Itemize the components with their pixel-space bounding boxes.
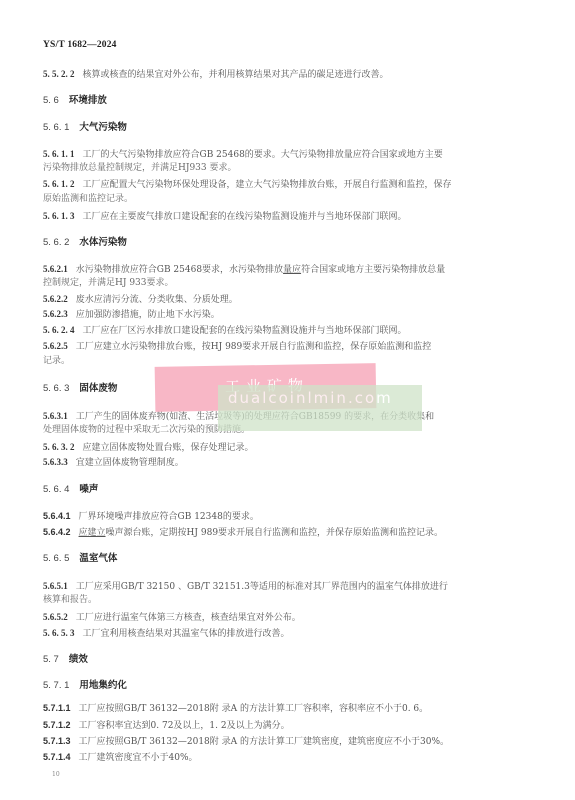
clause-5-6-1-2-cont: 原始监测和监控记录。 <box>43 193 533 205</box>
clause-5-7-1-4: 5.7.1.4工厂建筑密度宜不小于40%。 <box>43 751 533 764</box>
clause-5-6-5-1-cont: 核算和报告。 <box>43 594 533 606</box>
section-heading-5-7: 5. 7绩效 <box>43 654 533 666</box>
clause-5-6-5-3: 5. 6. 5. 3工厂宜利用核查结果对其温室气体的排放进行改善。 <box>43 627 533 640</box>
clause-5-6-1-3: 5. 6. 1. 3工厂应在主要废气排放口建设配套的在线污染物监测设施并与当地环… <box>43 210 533 223</box>
clause-5-5-2-2: 5. 5. 2. 2核算或核查的结果宜对外公布，并利用核算结果对其产品的碳足迹进… <box>43 68 533 81</box>
clause-5-7-1-3: 5.7.1.3工厂应按照GB/T 36132—2018附 录A 的方法计算工厂建… <box>43 735 533 748</box>
clause-5-6-3-2: 5. 6. 3. 2应建立固体废物处置台账，保存处理记录。 <box>43 441 533 454</box>
watermark-green-banner: dualcoinlmin.com <box>218 385 422 431</box>
clause-5-6-4-1: 5.6.4.1厂界环境噪声排放应符合GB 12348的要求。 <box>43 510 533 523</box>
clause-5-7-1-2: 5.7.1.2工厂容积率宜达到0. 72及以上，1. 2及以上为满分。 <box>43 719 533 732</box>
clause-5-7-1-1: 5.7.1.1工厂应按照GB/T 36132—2018附 录A 的方法计算工厂容… <box>43 702 533 715</box>
clause-5-6-2-4: 5. 6. 2. 4工厂应在厂区污水排放口建设配套的在线污染物监测设施并与当地环… <box>43 324 533 337</box>
watermark-green-text: dualcoinlmin.com <box>228 389 393 407</box>
clause-5-6-2-2: 5.6.2.2废水应清污分流、分类收集、分质处理。 <box>43 293 533 306</box>
clause-5-6-1-1-cont: 污染物排放总量控制规定，并满足HJ933 要求。 <box>43 162 533 174</box>
clause-5-6-5-1: 5.6.5.1工厂应采用GB/T 32150 、GB/T 32151.3等适用的… <box>43 580 533 593</box>
clause-5-6-1-2: 5. 6. 1. 2工厂应配置大气污染物环保处理设备，建立大气污染物排放台账，开… <box>43 178 533 191</box>
clause-5-6-2-1: 5.6.2.1水污染物排放应符合GB 25468要求，水污染物排放量应符合国家或… <box>43 263 533 276</box>
clause-5-6-5-2: 5.6.5.2工厂应进行温室气体第三方核查，核查结果宜对外公布。 <box>43 611 533 624</box>
page-number: 10 <box>52 771 60 778</box>
section-heading-5-6: 5. 6环境排放 <box>43 95 533 107</box>
clause-5-6-2-3: 5.6.2.3应加强防渗措施，防止地下水污染。 <box>43 308 533 321</box>
clause-5-6-1-1: 5. 6. 1. 1工厂的大气污染物排放应符合GB 25468的要求。大气污染物… <box>43 148 533 161</box>
section-heading-5-6-4: 5. 6. 4噪声 <box>43 484 533 496</box>
section-heading-5-6-1: 5. 6. 1大气污染物 <box>43 122 533 134</box>
clause-5-6-2-5: 5.6.2.5工厂应建立水污染物排放台账，按HJ 989要求开展自行监测和监控，… <box>43 340 533 353</box>
section-heading-5-6-5: 5. 6. 5温室气体 <box>43 553 533 565</box>
clause-5-6-2-1-cont: 控制规定，并满足HJ 933要求。 <box>43 277 533 289</box>
clause-5-6-4-2: 5.6.4.2应建立噪声源台账，定期按HJ 989要求开展自行监测和监控，并保存… <box>43 526 533 539</box>
section-heading-5-7-1: 5. 7. 1用地集约化 <box>43 680 533 692</box>
clause-5-6-3-3: 5.6.3.3宜建立固体废物管理制度。 <box>43 456 533 469</box>
section-heading-5-6-2: 5. 6. 2水体污染物 <box>43 237 533 249</box>
document-page: YS/T 1682—2024 5. 5. 2. 2核算或核查的结果宜对外公布，并… <box>0 0 575 800</box>
